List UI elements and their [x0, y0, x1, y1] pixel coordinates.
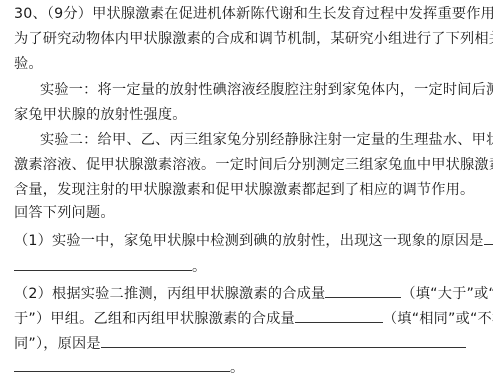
sub-question-2-text-d: （填“相同”或“不相 — [383, 311, 493, 327]
question-score: （9分） — [47, 6, 92, 22]
experiment-2-line-2: 激素溶液、促甲状腺激素溶液。一定时间后分别测定三组家兔血中甲状腺激素的 — [14, 156, 493, 174]
experiment-1-line-1: 实验一：将一定量的放射性碘溶液经腹腔注射到家兔体内，一定时间后测定 — [40, 81, 493, 99]
answer-blank-1a[interactable] — [484, 229, 493, 245]
answer-blank-2a[interactable] — [325, 282, 401, 298]
sub-question-2-line-4: 。 — [14, 356, 244, 375]
question-intro-line-2: 为了研究动物体内甲状腺激素的合成和调节机制，某研究小组进行了下列相关实 — [14, 30, 493, 48]
sub-question-1-line-1: （1）实验一中，家兔甲状腺中检测到碘的放射性，出现这一现象的原因是 — [14, 229, 493, 250]
period: 。 — [230, 359, 244, 375]
experiment-1-line-2: 家兔甲状腺的放射性强度。 — [14, 106, 187, 124]
sub-question-2-text-b: （填“大于”或“小 — [401, 286, 493, 302]
sub-question-2-line-1: （2）根据实验二推测，丙组甲状腺激素的合成量（填“大于”或“小 — [14, 282, 493, 303]
answer-blank-1b[interactable] — [14, 255, 192, 271]
experiment-2-line-3: 含量，发现注射的甲状腺激素和促甲状腺激素都起到了相应的调节作用。 — [14, 181, 474, 199]
question-intro-text: 甲状腺激素在促进机体新陈代谢和生长发育过程中发挥重要作用。 — [92, 6, 493, 22]
sub-question-1-line-2: 。 — [14, 255, 206, 276]
sub-question-1-text: （1）实验一中，家兔甲状腺中检测到碘的放射性，出现这一现象的原因是 — [14, 233, 484, 249]
sub-question-2-line-2: 于”）甲组。乙组和丙组甲状腺激素的合成量（填“相同”或“不相 — [14, 307, 493, 328]
answer-prompt: 回答下列问题。 — [14, 204, 115, 222]
sub-question-2-text-e: 同”），原因是 — [14, 336, 101, 352]
answer-blank-2d[interactable] — [14, 356, 230, 372]
sub-question-2-text-a: （2）根据实验二推测，丙组甲状腺激素的合成量 — [14, 286, 325, 302]
experiment-2-line-1: 实验二：给甲、乙、丙三组家兔分别经静脉注射一定量的生理盐水、甲状腺 — [40, 131, 493, 149]
sub-question-2-line-3: 同”），原因是 — [14, 332, 466, 353]
question-number: 30、 — [14, 6, 47, 22]
answer-blank-2c[interactable] — [101, 332, 466, 348]
question-header: 30、（9分）甲状腺激素在促进机体新陈代谢和生长发育过程中发挥重要作用。 — [14, 5, 493, 23]
sub-question-2-text-c: 于”）甲组。乙组和丙组甲状腺激素的合成量 — [14, 311, 295, 327]
question-intro-line-3: 验。 — [14, 55, 43, 73]
period: 。 — [192, 258, 206, 276]
answer-blank-2b[interactable] — [295, 307, 383, 323]
